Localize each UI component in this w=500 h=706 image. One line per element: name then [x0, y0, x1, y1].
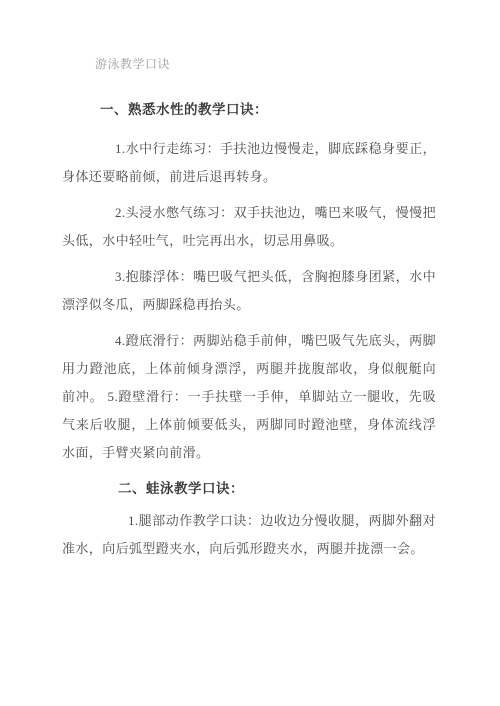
paragraph-water-walking: 1.水中行走练习：手扶池边慢慢走，脚底踩稳身要正，身体还要略前倾，前进后退再转身…	[62, 135, 436, 191]
paragraph-leg-action: 1.腿部动作教学口诀：边收边分慢收腿，两脚外翻对准水，向后弧型蹬夹水，向后弧形蹬…	[62, 507, 436, 563]
document-page: 游泳教学口诀 一、熟悉水性的教学口诀： 1.水中行走练习：手扶池边慢慢走，脚底踩…	[0, 0, 500, 706]
paragraph-bottom-and-wall-glide: 4.蹬底滑行：两脚站稳手前伸，嘴巴吸气先底头，两脚用力蹬池底，上体前倾身漂浮，两…	[62, 327, 436, 467]
section-1-heading: 一、熟悉水性的教学口诀：	[100, 101, 436, 118]
document-title: 游泳教学口诀	[95, 56, 436, 73]
paragraph-breath-holding: 2.头浸水憋气练习：双手扶池边，嘴巴来吸气，慢慢把头低，水中轻吐气，吐完再出水，…	[62, 199, 436, 255]
paragraph-knee-hug-float: 3.抱膝浮体：嘴巴吸气把头低，含胸抱膝身团紧，水中漂浮似冬瓜，两脚踩稳再抬头。	[62, 263, 436, 319]
section-2-heading: 二、蛙泳教学口诀：	[118, 480, 436, 497]
